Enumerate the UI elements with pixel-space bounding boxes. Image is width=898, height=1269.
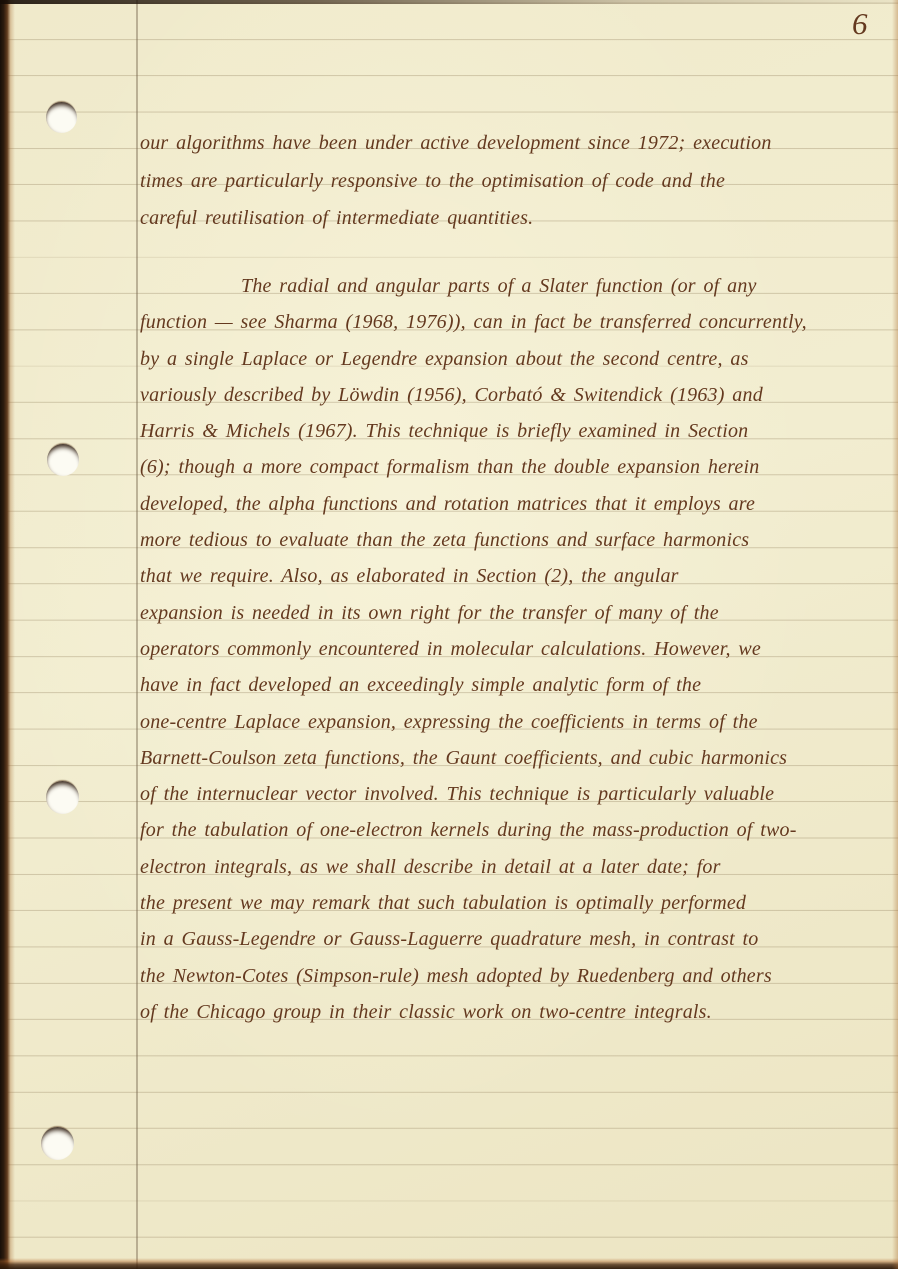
handwritten-line: of the internuclear vector involved. Thi… [140, 776, 882, 812]
handwritten-line: by a single Laplace or Legendre expansio… [140, 341, 882, 377]
handwritten-line: function — see Sharma (1968, 1976)), can… [140, 304, 882, 340]
page-number: 6 [852, 6, 868, 42]
handwritten-line: times are particularly responsive to the… [140, 163, 882, 201]
scan-edge-left [0, 0, 15, 1269]
handwritten-line: (6); though a more compact formalism tha… [140, 449, 882, 485]
scanned-manuscript-page: 6 our algorithms have been under active … [0, 0, 898, 1269]
punch-hole [41, 1127, 74, 1160]
handwritten-line: The radial and angular parts of a Slater… [140, 268, 882, 304]
handwritten-line: Barnett-Coulson zeta functions, the Gaun… [140, 740, 882, 776]
handwritten-line: the Newton-Cotes (Simpson-rule) mesh ado… [140, 958, 882, 994]
handwritten-line: in a Gauss-Legendre or Gauss-Laguerre qu… [140, 921, 882, 957]
handwritten-line: have in fact developed an exceedingly si… [140, 667, 882, 703]
handwritten-line: of the Chicago group in their classic wo… [140, 994, 882, 1030]
handwritten-line: variously described by Löwdin (1956), Co… [140, 377, 882, 413]
handwritten-line: Harris & Michels (1967). This technique … [140, 413, 882, 449]
punch-hole [47, 444, 79, 476]
handwritten-line: careful reutilisation of intermediate qu… [140, 200, 882, 238]
handwritten-line: expansion is needed in its own right for… [140, 595, 882, 631]
handwritten-line: the present we may remark that such tabu… [140, 885, 882, 921]
handwritten-line: operators commonly encountered in molecu… [140, 631, 882, 667]
scan-edge-top [0, 0, 898, 4]
paragraph-development-history: our algorithms have been under active de… [140, 125, 882, 238]
handwritten-line: developed, the alpha functions and rotat… [140, 486, 882, 522]
scan-edge-right [892, 0, 898, 1269]
punch-hole [46, 102, 77, 133]
handwritten-line: our algorithms have been under active de… [140, 125, 882, 163]
paragraph-slater-transfer: The radial and angular parts of a Slater… [140, 268, 882, 1030]
handwritten-line: for the tabulation of one-electron kerne… [140, 812, 882, 848]
handwritten-line: one-centre Laplace expansion, expressing… [140, 704, 882, 740]
handwritten-line: that we require. Also, as elaborated in … [140, 558, 882, 594]
punch-hole [46, 781, 79, 814]
margin-rule-line [136, 0, 138, 1269]
handwritten-line: more tedious to evaluate than the zeta f… [140, 522, 882, 558]
scan-edge-bottom [0, 1258, 898, 1269]
handwritten-line: electron integrals, as we shall describe… [140, 849, 882, 885]
